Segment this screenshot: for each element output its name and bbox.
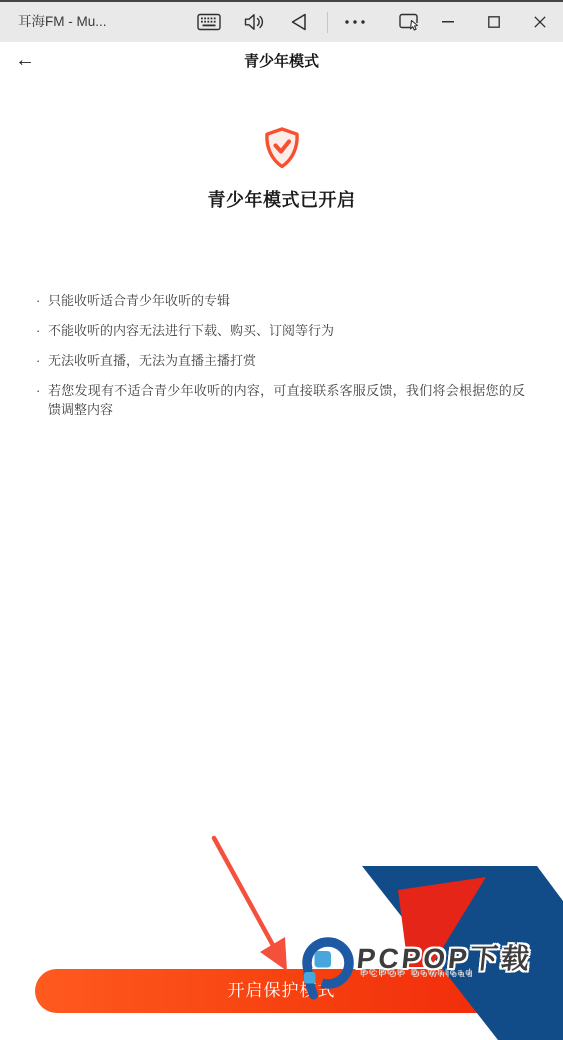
list-item: · 无法收听直播，无法为直播主播打赏	[36, 351, 525, 370]
bullet-dot: ·	[36, 381, 40, 400]
rule-text: 无法收听直播，无法为直播主播打赏	[48, 353, 256, 368]
bullet-dot: ·	[36, 321, 40, 340]
page-title: 青少年模式	[0, 42, 563, 82]
minimize-button[interactable]	[435, 9, 461, 35]
status-heading: 青少年模式已开启	[0, 186, 563, 212]
maximize-button[interactable]	[481, 9, 507, 35]
rule-text: 只能收听适合青少年收听的专辑	[48, 293, 230, 308]
screen-pointer-icon[interactable]	[396, 9, 422, 35]
shield-icon	[0, 126, 563, 177]
bullet-dot: ·	[36, 291, 40, 310]
enable-protection-button[interactable]: 开启保护模式	[35, 969, 528, 1013]
volume-icon[interactable]	[241, 9, 267, 35]
more-icon[interactable]	[342, 9, 368, 35]
back-triangle-icon[interactable]	[287, 9, 313, 35]
rule-text: 不能收听的内容无法进行下载、购买、订阅等行为	[48, 323, 334, 338]
titlebar-divider	[327, 12, 328, 33]
page-header: ← 青少年模式	[0, 42, 563, 82]
bullet-dot: ·	[36, 351, 40, 370]
window-titlebar: 耳海FM - Mu...	[0, 0, 563, 42]
list-item: · 只能收听适合青少年收听的专辑	[36, 291, 525, 310]
list-item: · 若您发现有不适合青少年收听的内容，可直接联系客服反馈，我们将会根据您的反馈调…	[36, 381, 525, 419]
keyboard-icon[interactable]	[196, 9, 222, 35]
rule-text: 若您发现有不适合青少年收听的内容，可直接联系客服反馈，我们将会根据您的反馈调整内…	[48, 383, 525, 417]
list-item: · 不能收听的内容无法进行下载、购买、订阅等行为	[36, 321, 525, 340]
close-button[interactable]	[527, 9, 553, 35]
rules-list: · 只能收听适合青少年收听的专辑 · 不能收听的内容无法进行下载、购买、订阅等行…	[36, 291, 525, 430]
window-title: 耳海FM - Mu...	[18, 2, 107, 42]
